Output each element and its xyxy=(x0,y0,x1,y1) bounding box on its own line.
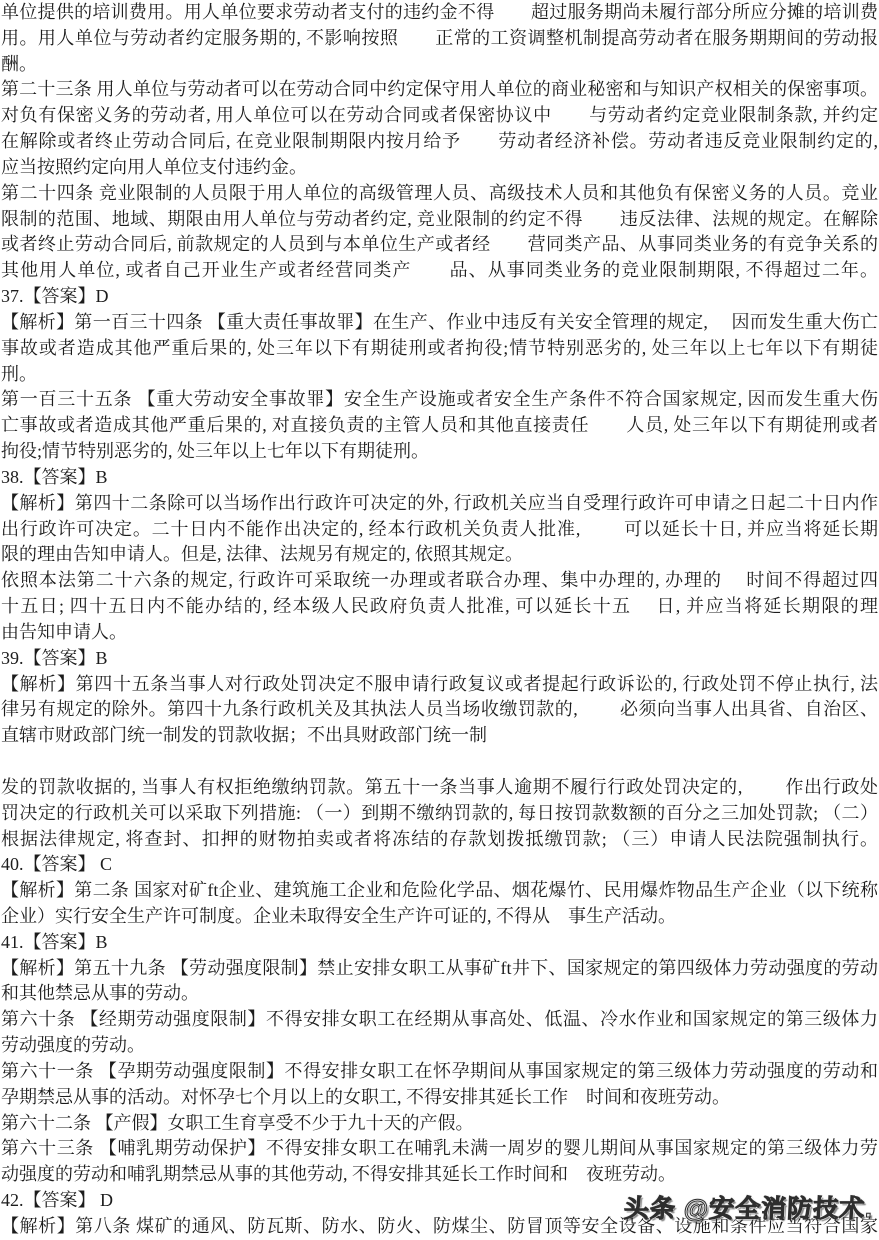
text-line: 出行政许可决定。二十日内不能作出决定的, 经本行政机关负责人批准, 可以延长十日… xyxy=(1,517,878,543)
text-line: 企业）实行安全生产许可制度。企业未取得安全生产许可证的, 不得从 事生产活动。 xyxy=(1,904,878,930)
text-line: 38.【答案】B xyxy=(1,465,878,491)
text-line: 单位提供的培训费用。用人单位要求劳动者支付的违约金不得 超过服务期尚未履行部分所… xyxy=(1,0,878,26)
text-line: 【解析】第四十五条当事人对行政处罚决定不服申请行政复议或者提起行政诉讼的, 行政… xyxy=(1,672,878,698)
text-line: 第一百三十五条 【重大劳动安全事故罪】安全生产设施或者安全生产条件不符合国家规定… xyxy=(1,387,878,413)
text-line: 直辖市财政部门统一制发的罚款收据；不出具财政部门统一制 xyxy=(1,723,878,749)
text-line: 【解析】第二条 国家对矿ft企业、建筑施工企业和危险化学品、烟花爆竹、民用爆炸物… xyxy=(1,878,878,904)
text-line: 根据法律规定, 将查封、扣押的财物拍卖或者将冻结的存款划拨抵缴罚款; （三）申请… xyxy=(1,827,878,853)
text-line: 第六十一条 【孕期劳动强度限制】不得安排女职工在怀孕期间从事国家规定的第三级体力… xyxy=(1,1059,878,1085)
text-line: 第二十三条 用人单位与劳动者可以在劳动合同中约定保守用人单位的商业秘密和与知识产… xyxy=(1,77,878,103)
text-line: 第六十三条 【哺乳期劳动保护】不得安排女职工在哺乳未满一周岁的婴儿期间从事国家规… xyxy=(1,1136,878,1162)
text-line: 限的理由告知申请人。但是, 法律、法规另有规定的, 依照其规定。 xyxy=(1,542,878,568)
text-line: 和其他禁忌从事的劳动。 xyxy=(1,981,878,1007)
text-line: 应当按照约定向用人单位支付违约金。 xyxy=(1,155,878,181)
text-line: 【解析】第四十二条除可以当场作出行政许可决定的外, 行政机关应当自受理行政许可申… xyxy=(1,491,878,517)
document-page: 单位提供的培训费用。用人单位要求劳动者支付的违约金不得 超过服务期尚未履行部分所… xyxy=(0,0,879,1240)
text-line: 亡事故或者造成其他严重后果的, 对直接负责的主管人员和其他直接责任 人员, 处三… xyxy=(1,413,878,439)
text-line: 或者终止劳动合同后, 前款规定的人员到与本单位生产或者经 营同类产品、从事同类业… xyxy=(1,232,878,258)
text-line: 39.【答案】B xyxy=(1,646,878,672)
text-line: 孕期禁忌从事的活动。对怀孕七个月以上的女职工, 不得安排其延长工作 时间和夜班劳… xyxy=(1,1085,878,1111)
toutiao-watermark: 头条 @安全消防技术. xyxy=(623,1189,874,1225)
text-line: 【解析】第五十九条 【劳动强度限制】禁止安排女职工从事矿ft井下、国家规定的第四… xyxy=(1,956,878,982)
text-line: 事故或者造成其他严重后果的, 处三年以下有期徒刑或者拘役;情节特别恶劣的, 处三… xyxy=(1,336,878,362)
text-line: 40.【答案】 C xyxy=(1,852,878,878)
text-line: 37.【答案】D xyxy=(1,284,878,310)
document-text: 单位提供的培训费用。用人单位要求劳动者支付的违约金不得 超过服务期尚未履行部分所… xyxy=(1,0,878,1240)
text-line xyxy=(1,749,878,775)
text-line: 【解析】第一百三十四条 【重大责任事故罪】在生产、作业中违反有关安全管理的规定,… xyxy=(1,310,878,336)
text-line: 第六十条 【经期劳动强度限制】不得安排女职工在经期从事高处、低温、冷水作业和国家… xyxy=(1,1007,878,1033)
text-line: 由告知申请人。 xyxy=(1,620,878,646)
text-line: 劳动强度的劳动。 xyxy=(1,1033,878,1059)
text-line: 酬。 xyxy=(1,52,878,78)
text-line: 第二十四条 竞业限制的人员限于用人单位的高级管理人员、高级技术人员和其他负有保密… xyxy=(1,181,878,207)
text-line: 动强度的劳动和哺乳期禁忌从事的其他劳动, 不得安排其延长工作时间和 夜班劳动。 xyxy=(1,1162,878,1188)
text-line: 律另有规定的除外。第四十九条行政机关及其执法人员当场收缴罚款的, 必须向当事人出… xyxy=(1,697,878,723)
text-line: 发的罚款收据的, 当事人有权拒绝缴纳罚款。第五十一条当事人逾期不履行行政处罚决定… xyxy=(1,775,878,801)
text-line: 刑。 xyxy=(1,362,878,388)
text-line: 用。用人单位与劳动者约定服务期的, 不影响按照 正常的工资调整机制提高劳动者在服… xyxy=(1,26,878,52)
text-line: 拘役;情节特别恶劣的, 处三年以上七年以下有期徒刑。 xyxy=(1,439,878,465)
text-line: 对负有保密义务的劳动者, 用人单位可以在劳动合同或者保密协议中 与劳动者约定竞业… xyxy=(1,103,878,129)
text-line: 依照本法第二十六条的规定, 行政许可采取统一办理或者联合办理、集中办理的, 办理… xyxy=(1,568,878,594)
text-line: 罚决定的行政机关可以采取下列措施: （一）到期不缴纳罚款的, 每日按罚款数额的百… xyxy=(1,801,878,827)
text-line: 41.【答案】B xyxy=(1,930,878,956)
text-line: 第六十二条 【产假】女职工生育享受不少于九十天的产假。 xyxy=(1,1111,878,1137)
text-line: 在解除或者终止劳动合同后, 在竞业限制期限内按月给予 劳动者经济补偿。劳动者违反… xyxy=(1,129,878,155)
text-line: 其他用人单位, 或者自己开业生产或者经营同类产 品、从事同类业务的竞业限制期限,… xyxy=(1,258,878,284)
text-line: 限制的范围、地域、期限由用人单位与劳动者约定, 竞业限制的约定不得 违反法律、法… xyxy=(1,207,878,233)
text-line: 十五日; 四十五日内不能办结的, 经本级人民政府负责人批准, 可以延长十五 日,… xyxy=(1,594,878,620)
